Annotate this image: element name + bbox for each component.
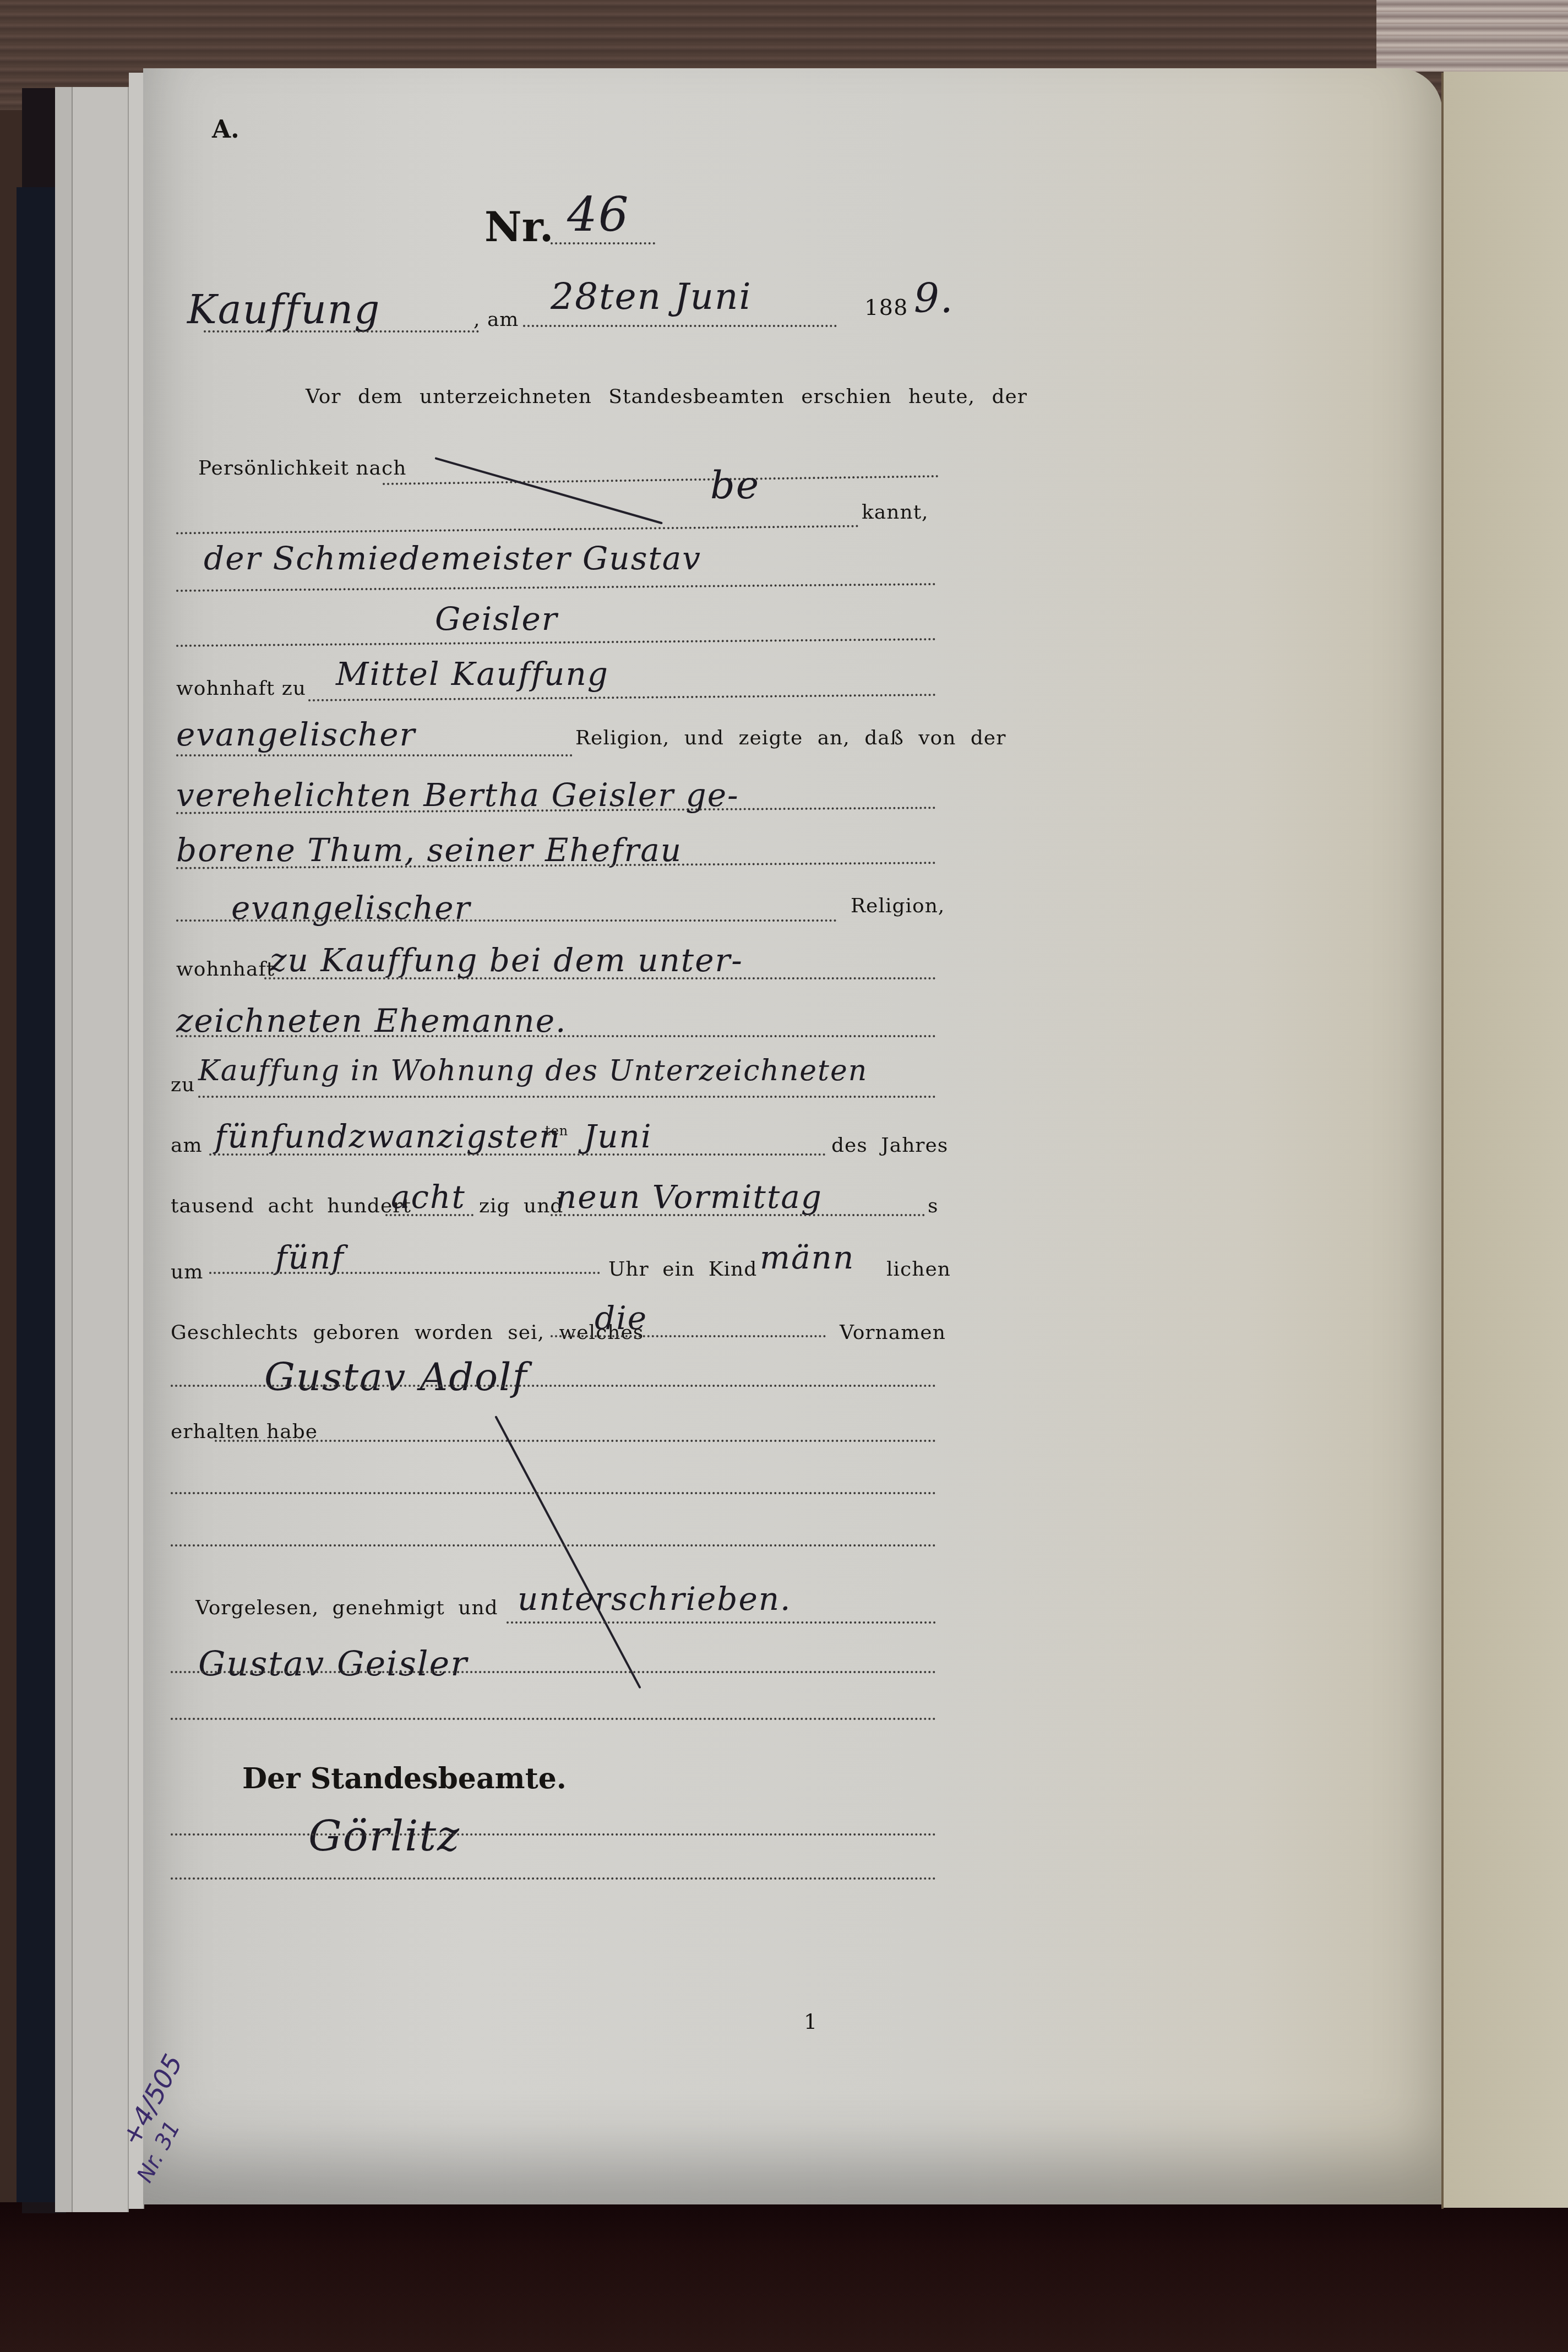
year-suffix: 9. (914, 275, 954, 322)
book-cover-spine (17, 187, 55, 2202)
registrar-signature: Görlitz (308, 1811, 460, 1860)
wood-table-highlight (1376, 0, 1568, 72)
place-of-registration: Kauffung (187, 286, 380, 333)
sex-value: männ (760, 1239, 854, 1276)
identity-mark: be (710, 462, 760, 508)
place-line (204, 330, 479, 333)
date-label: , am (473, 308, 519, 331)
gender-label: Geschlechts geboren worden sei, welches (171, 1321, 644, 1344)
year-label: des Jahres (831, 1134, 948, 1157)
approval-label: Vorgelesen, genehmigt und (195, 1597, 498, 1619)
birthplace-line (198, 1096, 936, 1098)
year-unit-line (551, 1214, 925, 1216)
year-decade: acht (391, 1178, 466, 1216)
approval-value: unterschrieben. (518, 1580, 792, 1618)
given-names-line (171, 1385, 936, 1387)
religion-line-1 (176, 754, 573, 756)
residence2-line-1 (264, 977, 936, 979)
blank-line-4 (171, 1877, 936, 1880)
mother-line-2: borene Thum, seiner Ehefrau (176, 831, 682, 869)
wood-table-background-bottom (0, 2202, 1568, 2352)
identity-label: Persönlichkeit nach (198, 457, 406, 480)
page-stack-edge (73, 87, 129, 2212)
blank-line-3 (171, 1718, 936, 1720)
birth-date-line (209, 1153, 826, 1156)
date-line (523, 325, 837, 327)
received-line (215, 1440, 936, 1442)
page-stack-edge (129, 73, 144, 2209)
record-number: 46 (567, 187, 629, 242)
year-decade-line (385, 1214, 473, 1216)
year-s-suffix: s (928, 1195, 938, 1217)
residence2-value-2: zeichneten Ehemanne. (176, 1002, 567, 1039)
birth-day: fünfundzwanzigsten (215, 1118, 561, 1155)
residence2-line-2 (176, 1035, 936, 1037)
declarant-surname: Geisler (435, 600, 558, 638)
intro-text: Vor dem unterzeichneten Standesbeamten e… (306, 385, 1027, 408)
year-text-label: tausend acht hundert (171, 1195, 411, 1217)
record-number-label: Nr. (484, 204, 554, 251)
religion-label-1: Religion, und zeigte an, daß von der (575, 727, 1006, 749)
time-label: um (171, 1261, 203, 1283)
page-stack-edge (55, 87, 73, 2212)
names-prefix: die (595, 1299, 647, 1337)
birth-date-label: am (171, 1134, 203, 1157)
page-number: 1 (804, 2010, 818, 2034)
residence2-value-1: zu Kauffung bei dem unter- (270, 941, 743, 979)
religion-line-2 (176, 919, 837, 922)
registration-date: 28ten Juni (551, 275, 752, 318)
time-line (209, 1272, 600, 1274)
sex-suffix: lichen (886, 1258, 951, 1281)
residence-value: Mittel Kauffung (336, 655, 609, 693)
declarant-signature-line (171, 1671, 936, 1673)
residence2-label: wohnhaft (176, 958, 275, 981)
year-unit-and-time-of-day: neun Vormittag (556, 1178, 823, 1216)
birth-day-suffix: ten (545, 1123, 568, 1139)
names-label: Vornamen (840, 1321, 946, 1344)
registrar-signature-line (171, 1833, 936, 1836)
form-letter: A. (212, 116, 239, 144)
clock-label: Uhr ein Kind (608, 1258, 757, 1281)
birth-month: Juni (584, 1118, 652, 1155)
religion-label-2: Religion, (851, 895, 945, 917)
record-number-line (551, 242, 655, 244)
declarant-occupation-name: der Schmiedemeister Gustav (204, 540, 701, 577)
registrar-title: Der Standesbeamte. (242, 1762, 567, 1795)
declarant-signature: Gustav Geisler (198, 1643, 468, 1684)
given-names: Gustav Adolf (264, 1354, 527, 1400)
residence-label: wohnhaft zu (176, 677, 306, 700)
identity-suffix: kannt, (862, 501, 929, 524)
names-prefix-line (551, 1335, 826, 1337)
birthplace-value: Kauffung in Wohnung des Unterzeichneten (198, 1054, 868, 1087)
time-value: fünf (275, 1239, 345, 1276)
approval-line (507, 1621, 936, 1624)
year-prefix: 188 (864, 295, 908, 320)
facing-page (1444, 72, 1568, 2208)
declarant-religion: evangelischer (176, 716, 416, 753)
birthplace-label: zu (171, 1074, 195, 1096)
blank-line-2 (171, 1544, 936, 1547)
blank-line-1 (171, 1492, 936, 1494)
